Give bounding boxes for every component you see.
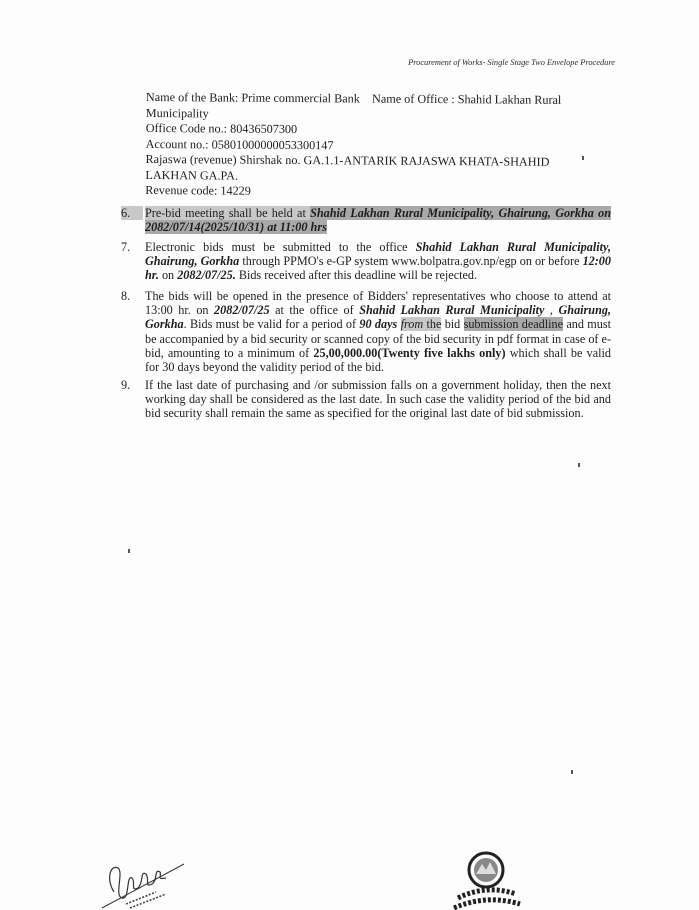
clause-text: Pre-bid meeting shall be held at	[145, 206, 310, 220]
bank-name: Name of the Bank: Prime commercial Bank	[146, 90, 360, 105]
clause-number: 8.	[121, 289, 143, 303]
signature-icon	[96, 852, 196, 910]
highlighted-text: submission deadline	[464, 317, 563, 331]
clause-number: 7.	[121, 240, 143, 254]
clause-number: 9.	[121, 378, 143, 392]
clause-text: through PPMO's e-GP system www.bolpatra.…	[239, 254, 582, 268]
bank-name-line: Name of the Bank: Prime commercial Bank …	[146, 90, 566, 108]
page-header: Procurement of Works- Single Stage Two E…	[408, 58, 615, 67]
clause-7: 7. Electronic bids must be submitted to …	[121, 240, 611, 283]
office-name: Name of Office : Shahid Lakhan Rural	[372, 92, 561, 107]
office-name: Shahid Lakhan Rural Municipality	[359, 303, 544, 317]
opening-date: 2082/07/25	[214, 303, 270, 317]
highlighted-text: from	[401, 317, 424, 331]
clause-text: on	[159, 268, 177, 282]
clause-text: Electronic bids must be submitted to the…	[145, 240, 416, 254]
validity-period: 90 days	[359, 317, 397, 331]
scan-speck	[578, 463, 580, 467]
clause-9: 9. If the last date of purchasing and /o…	[121, 378, 611, 421]
clause-text: ,	[544, 303, 558, 317]
scan-speck	[128, 549, 130, 553]
clause-text: If the last date of purchasing and /or s…	[145, 378, 611, 420]
clause-6: 6. Pre-bid meeting shall be held at Shah…	[121, 206, 611, 234]
scan-speck	[582, 156, 584, 160]
clause-text: . Bids must be valid for a period of	[184, 317, 360, 331]
highlighted-text: the	[423, 317, 441, 331]
bid-security-amount: 25,00,000.00(Twenty five lakhs only)	[313, 346, 505, 360]
municipality-seal-icon	[440, 848, 530, 910]
clause-text: at the office of	[270, 303, 360, 317]
clause-text: bid	[441, 317, 463, 331]
clause-number: 6.	[121, 206, 143, 220]
revenue-code: Revenue code: 14229	[145, 183, 565, 201]
deadline-date: 2082/07/25.	[177, 268, 236, 282]
clause-8: 8. The bids will be opened in the presen…	[121, 289, 611, 374]
bank-info: Name of the Bank: Prime commercial Bank …	[145, 90, 566, 201]
scan-speck	[571, 770, 573, 774]
clause-text: Bids received after this deadline will b…	[236, 268, 477, 282]
